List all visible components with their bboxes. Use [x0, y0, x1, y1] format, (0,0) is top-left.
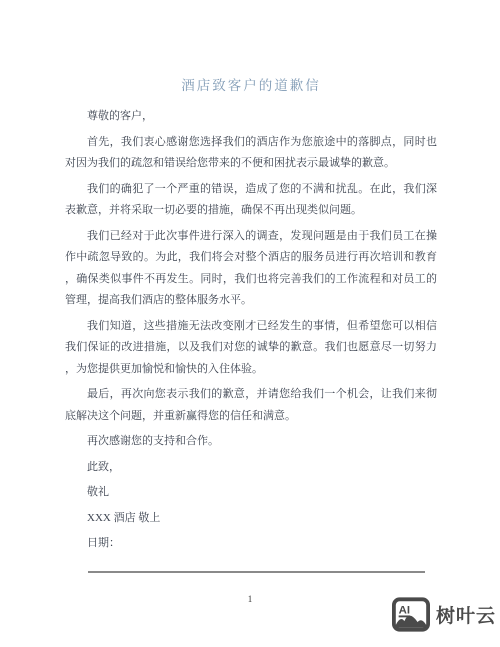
- paragraph-1: 首先，我们衷心感谢您选择我们的酒店作为您旅途中的落脚点，同时也对因为我们的疏忽和…: [65, 132, 437, 175]
- signature-line: XXX 酒店 敬上: [65, 508, 437, 530]
- paragraph-4: 我们知道，这些措施无法改变刚才已经发生的事情，但希望您可以相信我们保证的改进措施…: [65, 316, 437, 381]
- ai-image-icon: AI: [392, 597, 430, 632]
- watermark-brand-text: 树叶云: [436, 601, 496, 628]
- letter-page: 酒店致客户的道歉信 尊敬的客户， 首先，我们衷心感谢您选择我们的酒店作为您旅途中…: [0, 0, 500, 647]
- watermark: AI 树叶云: [392, 597, 496, 632]
- thanks-line: 再次感谢您的支持和合作。: [65, 431, 437, 453]
- footer-divider: [88, 571, 425, 573]
- page-title: 酒店致客户的道歉信: [65, 76, 437, 96]
- paragraph-2: 我们的确犯了一个严重的错误，造成了您的不满和扰乱。在此，我们深表歉意，并将采取一…: [65, 179, 437, 222]
- closing-regards: 敬礼: [65, 482, 437, 504]
- paragraph-5: 最后，再次向您表示我们的歉意，并请您给我们一个机会，让我们来彻底解决这个问题，并…: [65, 384, 437, 427]
- svg-text:AI: AI: [399, 605, 410, 617]
- date-line: 日期：: [65, 533, 437, 555]
- paragraph-3: 我们已经对于此次事件进行深入的调查，发现问题是由于我们员工在操作中疏忽导致的。为…: [65, 226, 437, 312]
- closing-salute: 此致，: [65, 457, 437, 479]
- letter-body: 酒店致客户的道歉信 尊敬的客户， 首先，我们衷心感谢您选择我们的酒店作为您旅途中…: [65, 76, 437, 573]
- salutation: 尊敬的客户，: [65, 106, 437, 128]
